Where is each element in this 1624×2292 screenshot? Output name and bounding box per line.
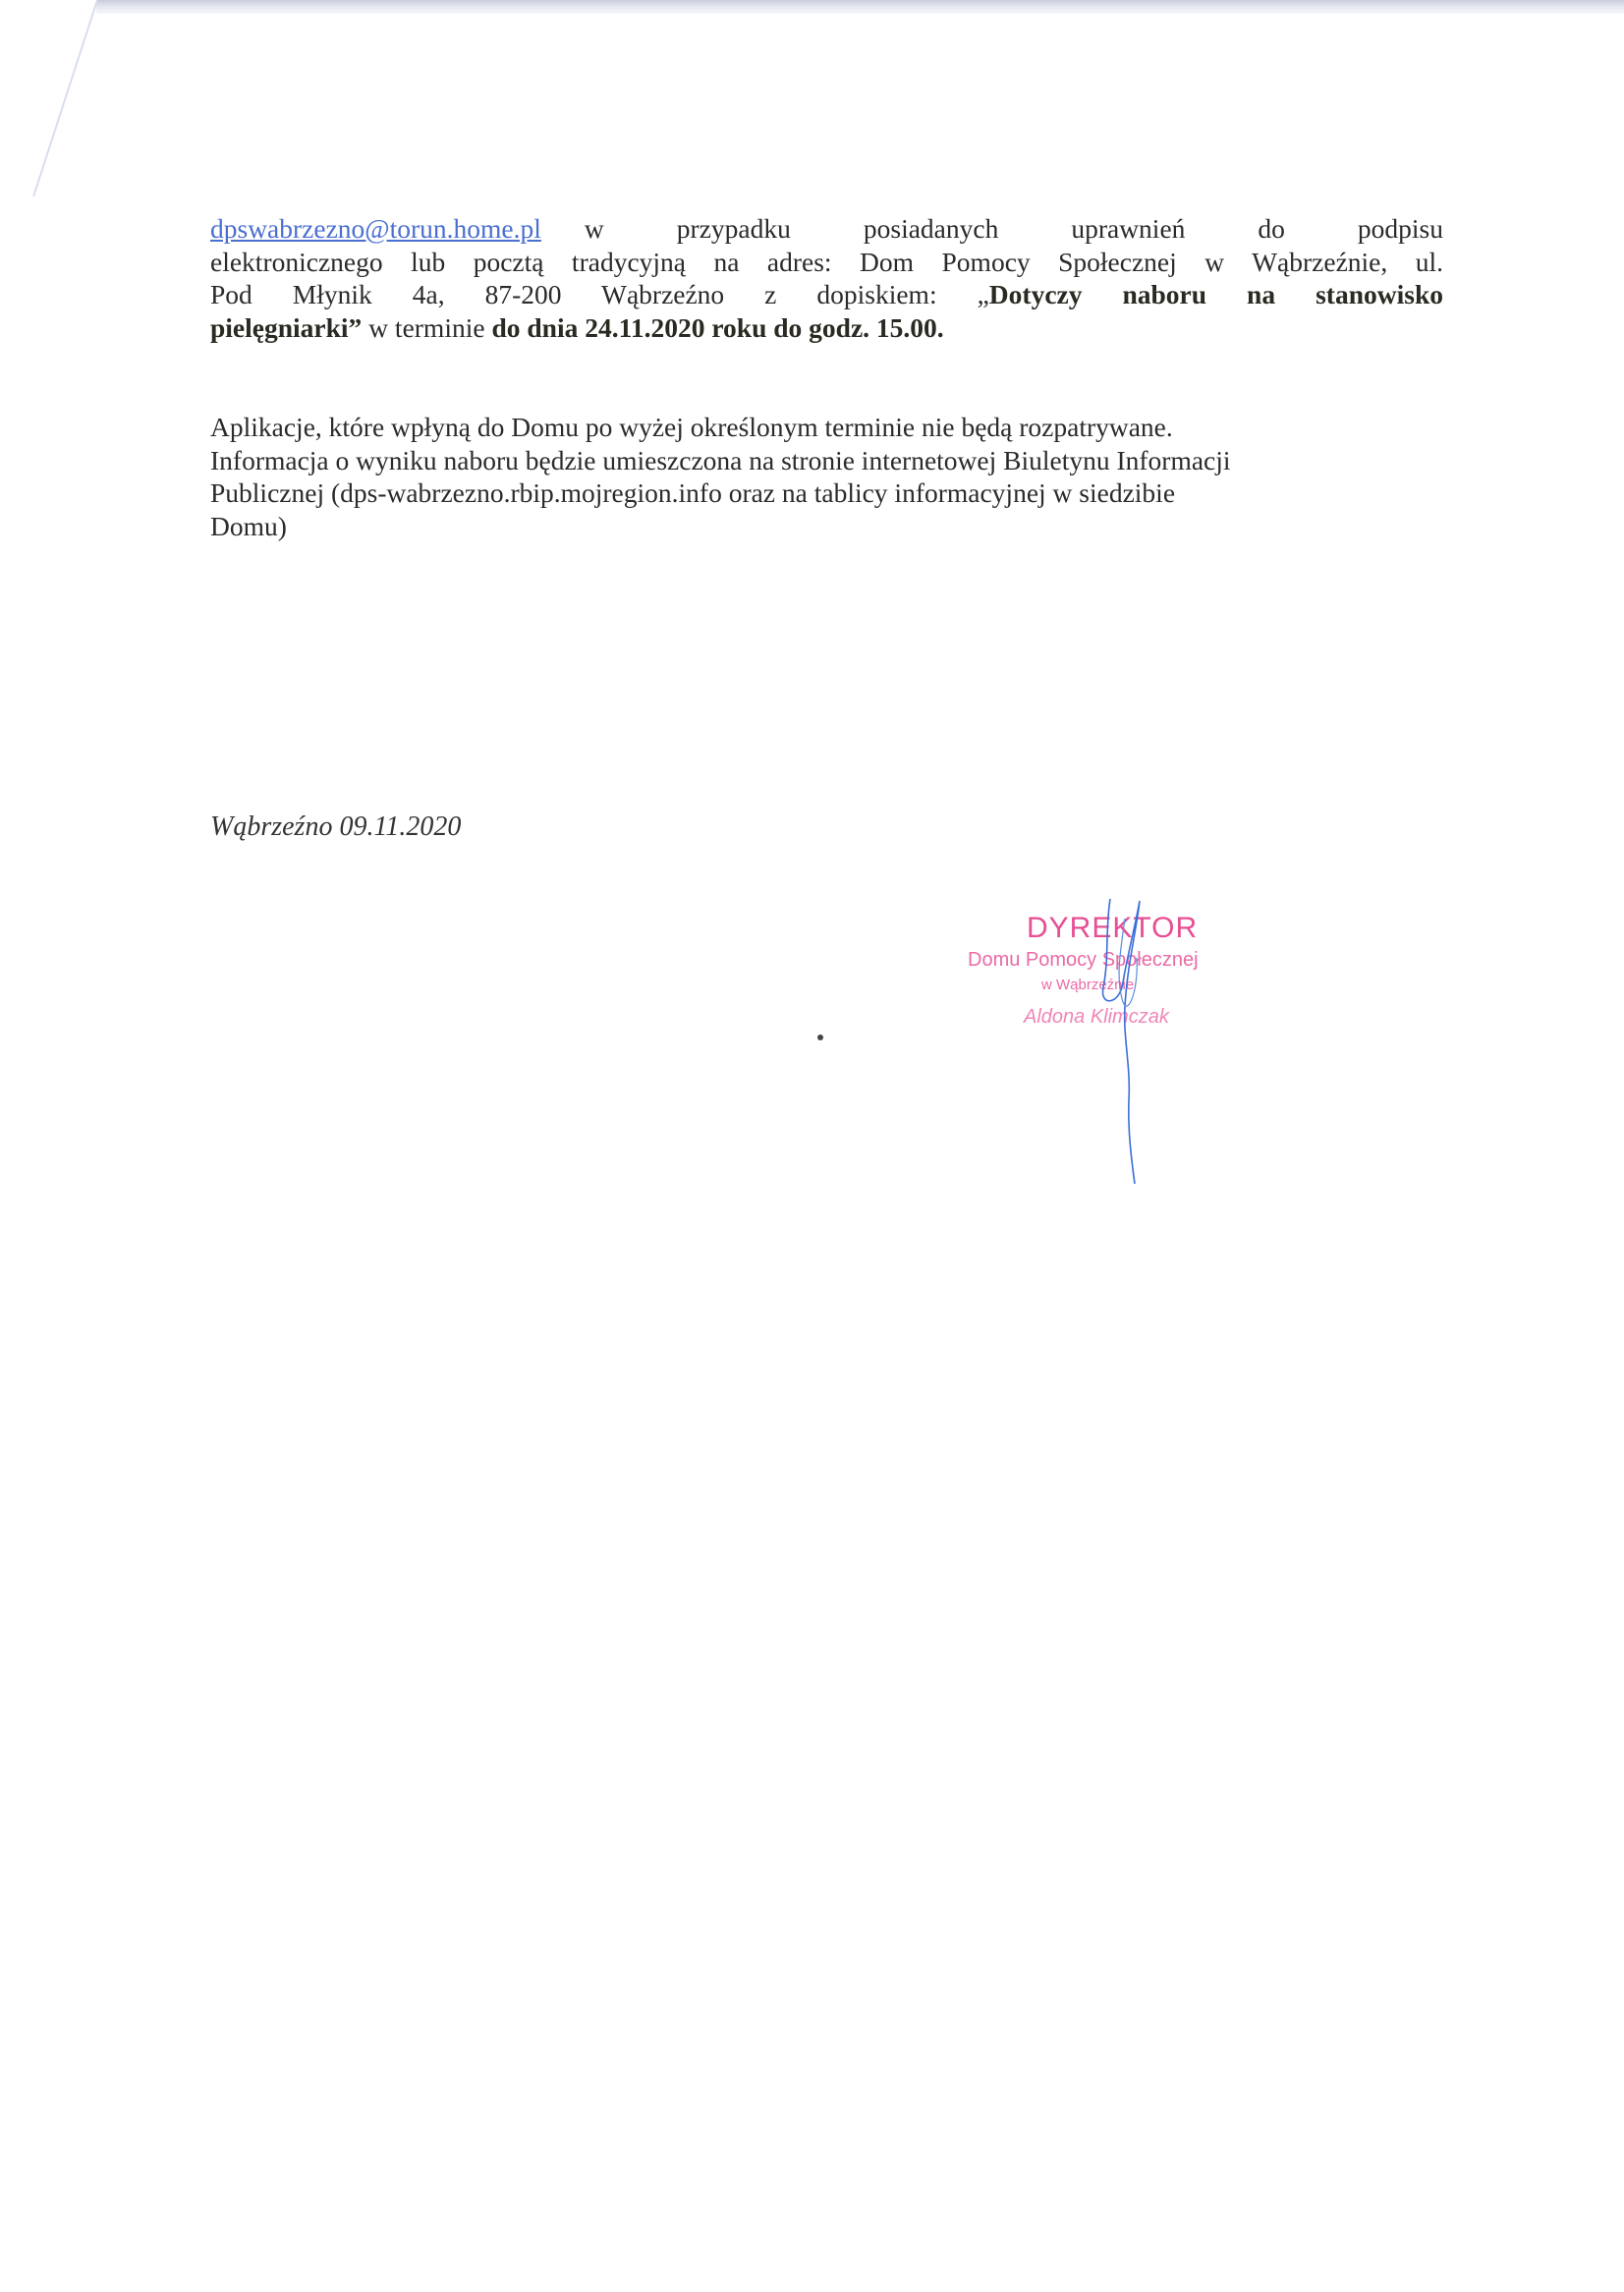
paragraph2-line1: Aplikacje, które wpłyną do Domu po wyżej…	[210, 411, 1443, 444]
position-subject-end: pielęgniarki”	[210, 312, 362, 343]
place-and-date: Wąbrzeźno 09.11.2020	[210, 811, 461, 843]
deadline: do dnia 24.11.2020 roku do godz. 15.00.	[491, 312, 943, 343]
paragraph1-line1-text: w przypadku posiadanych uprawnień do pod…	[585, 213, 1443, 244]
handwritten-signature	[1066, 889, 1184, 1184]
paragraph1-line4: pielęgniarki” w terminie do dnia 24.11.2…	[210, 311, 1443, 345]
results-info-paragraph: Aplikacje, które wpłyną do Domu po wyżej…	[210, 411, 1443, 542]
application-instructions-paragraph: dpswabrzezno@torun.home.pl w przypadku p…	[210, 212, 1443, 344]
paragraph1-line2: elektronicznego lub pocztą tradycyjną na…	[210, 246, 1443, 279]
paragraph1-line3-text: Pod Młynik 4a, 87-200 Wąbrzeźno z dopisk…	[210, 279, 989, 309]
paragraph1-line3: Pod Młynik 4a, 87-200 Wąbrzeźno z dopisk…	[210, 278, 1443, 311]
paragraph2-line2: Informacja o wyniku naboru będzie umiesz…	[210, 444, 1443, 477]
scan-speck	[817, 1034, 823, 1040]
paragraph1-line1: dpswabrzezno@torun.home.pl w przypadku p…	[210, 212, 1443, 246]
paragraph1-line4-text: w terminie	[362, 312, 491, 343]
position-subject: Dotyczy naboru na stanowisko	[989, 279, 1443, 309]
scan-fold-line	[32, 0, 98, 196]
paragraph2-line4: Domu)	[210, 510, 1443, 543]
email-link[interactable]: dpswabrzezno@torun.home.pl	[210, 213, 541, 244]
paragraph2-line3: Publicznej (dps-wabrzezno.rbip.mojregion…	[210, 476, 1443, 510]
scan-edge-artifact	[96, 0, 1624, 14]
